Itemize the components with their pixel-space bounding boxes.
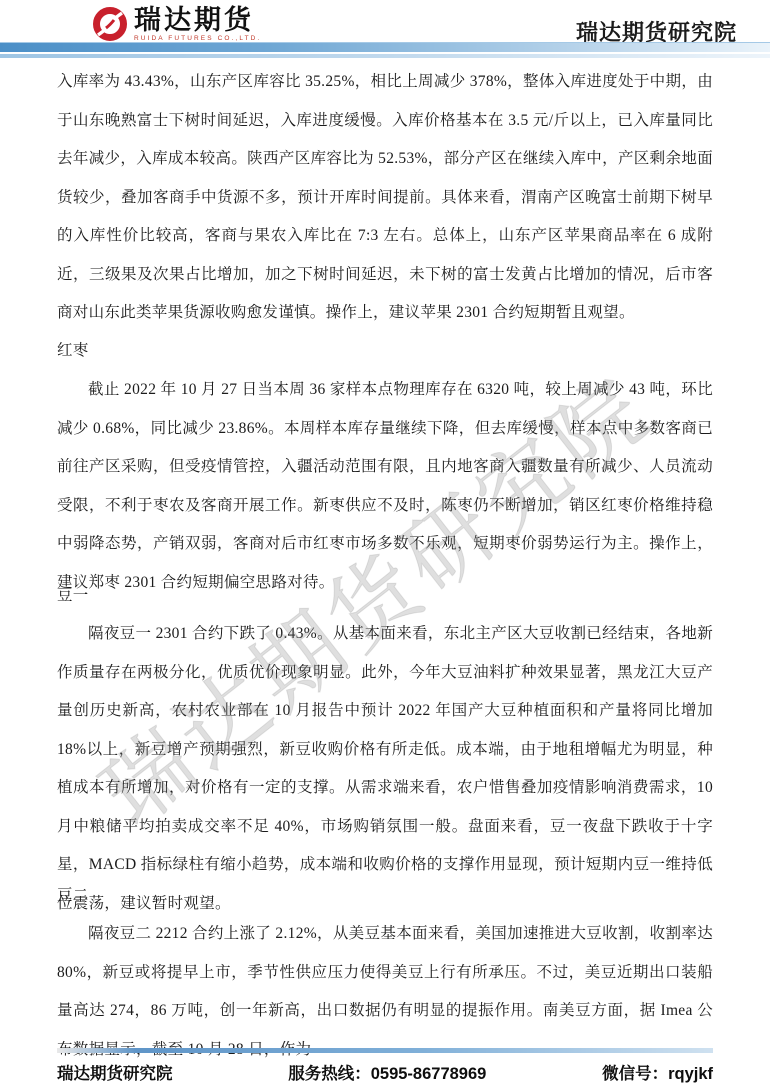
brand-logo: 瑞达期货 RUIDA FUTURES CO.,LTD. xyxy=(90,4,261,44)
footer-divider-bar xyxy=(57,1048,713,1053)
brand-emblem-icon xyxy=(90,4,130,44)
footer-hotline: 服务热线：0595-86778969 xyxy=(288,1060,486,1084)
section-soybean-no2-paragraph: 隔夜豆二 2212 合约上涨了 2.12%，从美豆基本面来看，美国加速推进大豆收… xyxy=(57,915,713,1069)
brand-subtitle: RUIDA FUTURES CO.,LTD. xyxy=(134,35,261,42)
footer: 瑞达期货研究院 服务热线：0595-86778969 微信号：rqyjkf xyxy=(57,1060,713,1084)
section-red-dates-paragraph: 截止 2022 年 10 月 27 日当本周 36 家样本点物理库存在 6320… xyxy=(57,371,713,602)
section-heading-soybean-no2: 豆二 xyxy=(57,877,713,916)
section-heading-red-dates: 红枣 xyxy=(57,332,713,371)
header-divider-bar xyxy=(0,42,770,58)
section-apple-paragraph: 入库率为 43.43%，山东产区库容比 35.25%，相比上周减少 378%，整… xyxy=(57,63,713,333)
report-page: 瑞达期货 RUIDA FUTURES CO.,LTD. 瑞达期货研究院 入库率为… xyxy=(0,0,770,1089)
section-heading-soybean-no1: 豆一 xyxy=(57,577,713,616)
footer-wechat: 微信号：rqyjkf xyxy=(602,1060,713,1084)
brand-name: 瑞达期货 xyxy=(134,6,261,34)
footer-institute: 瑞达期货研究院 xyxy=(57,1060,173,1084)
header-bar-main xyxy=(0,42,770,52)
header-bar-sub xyxy=(0,54,770,58)
